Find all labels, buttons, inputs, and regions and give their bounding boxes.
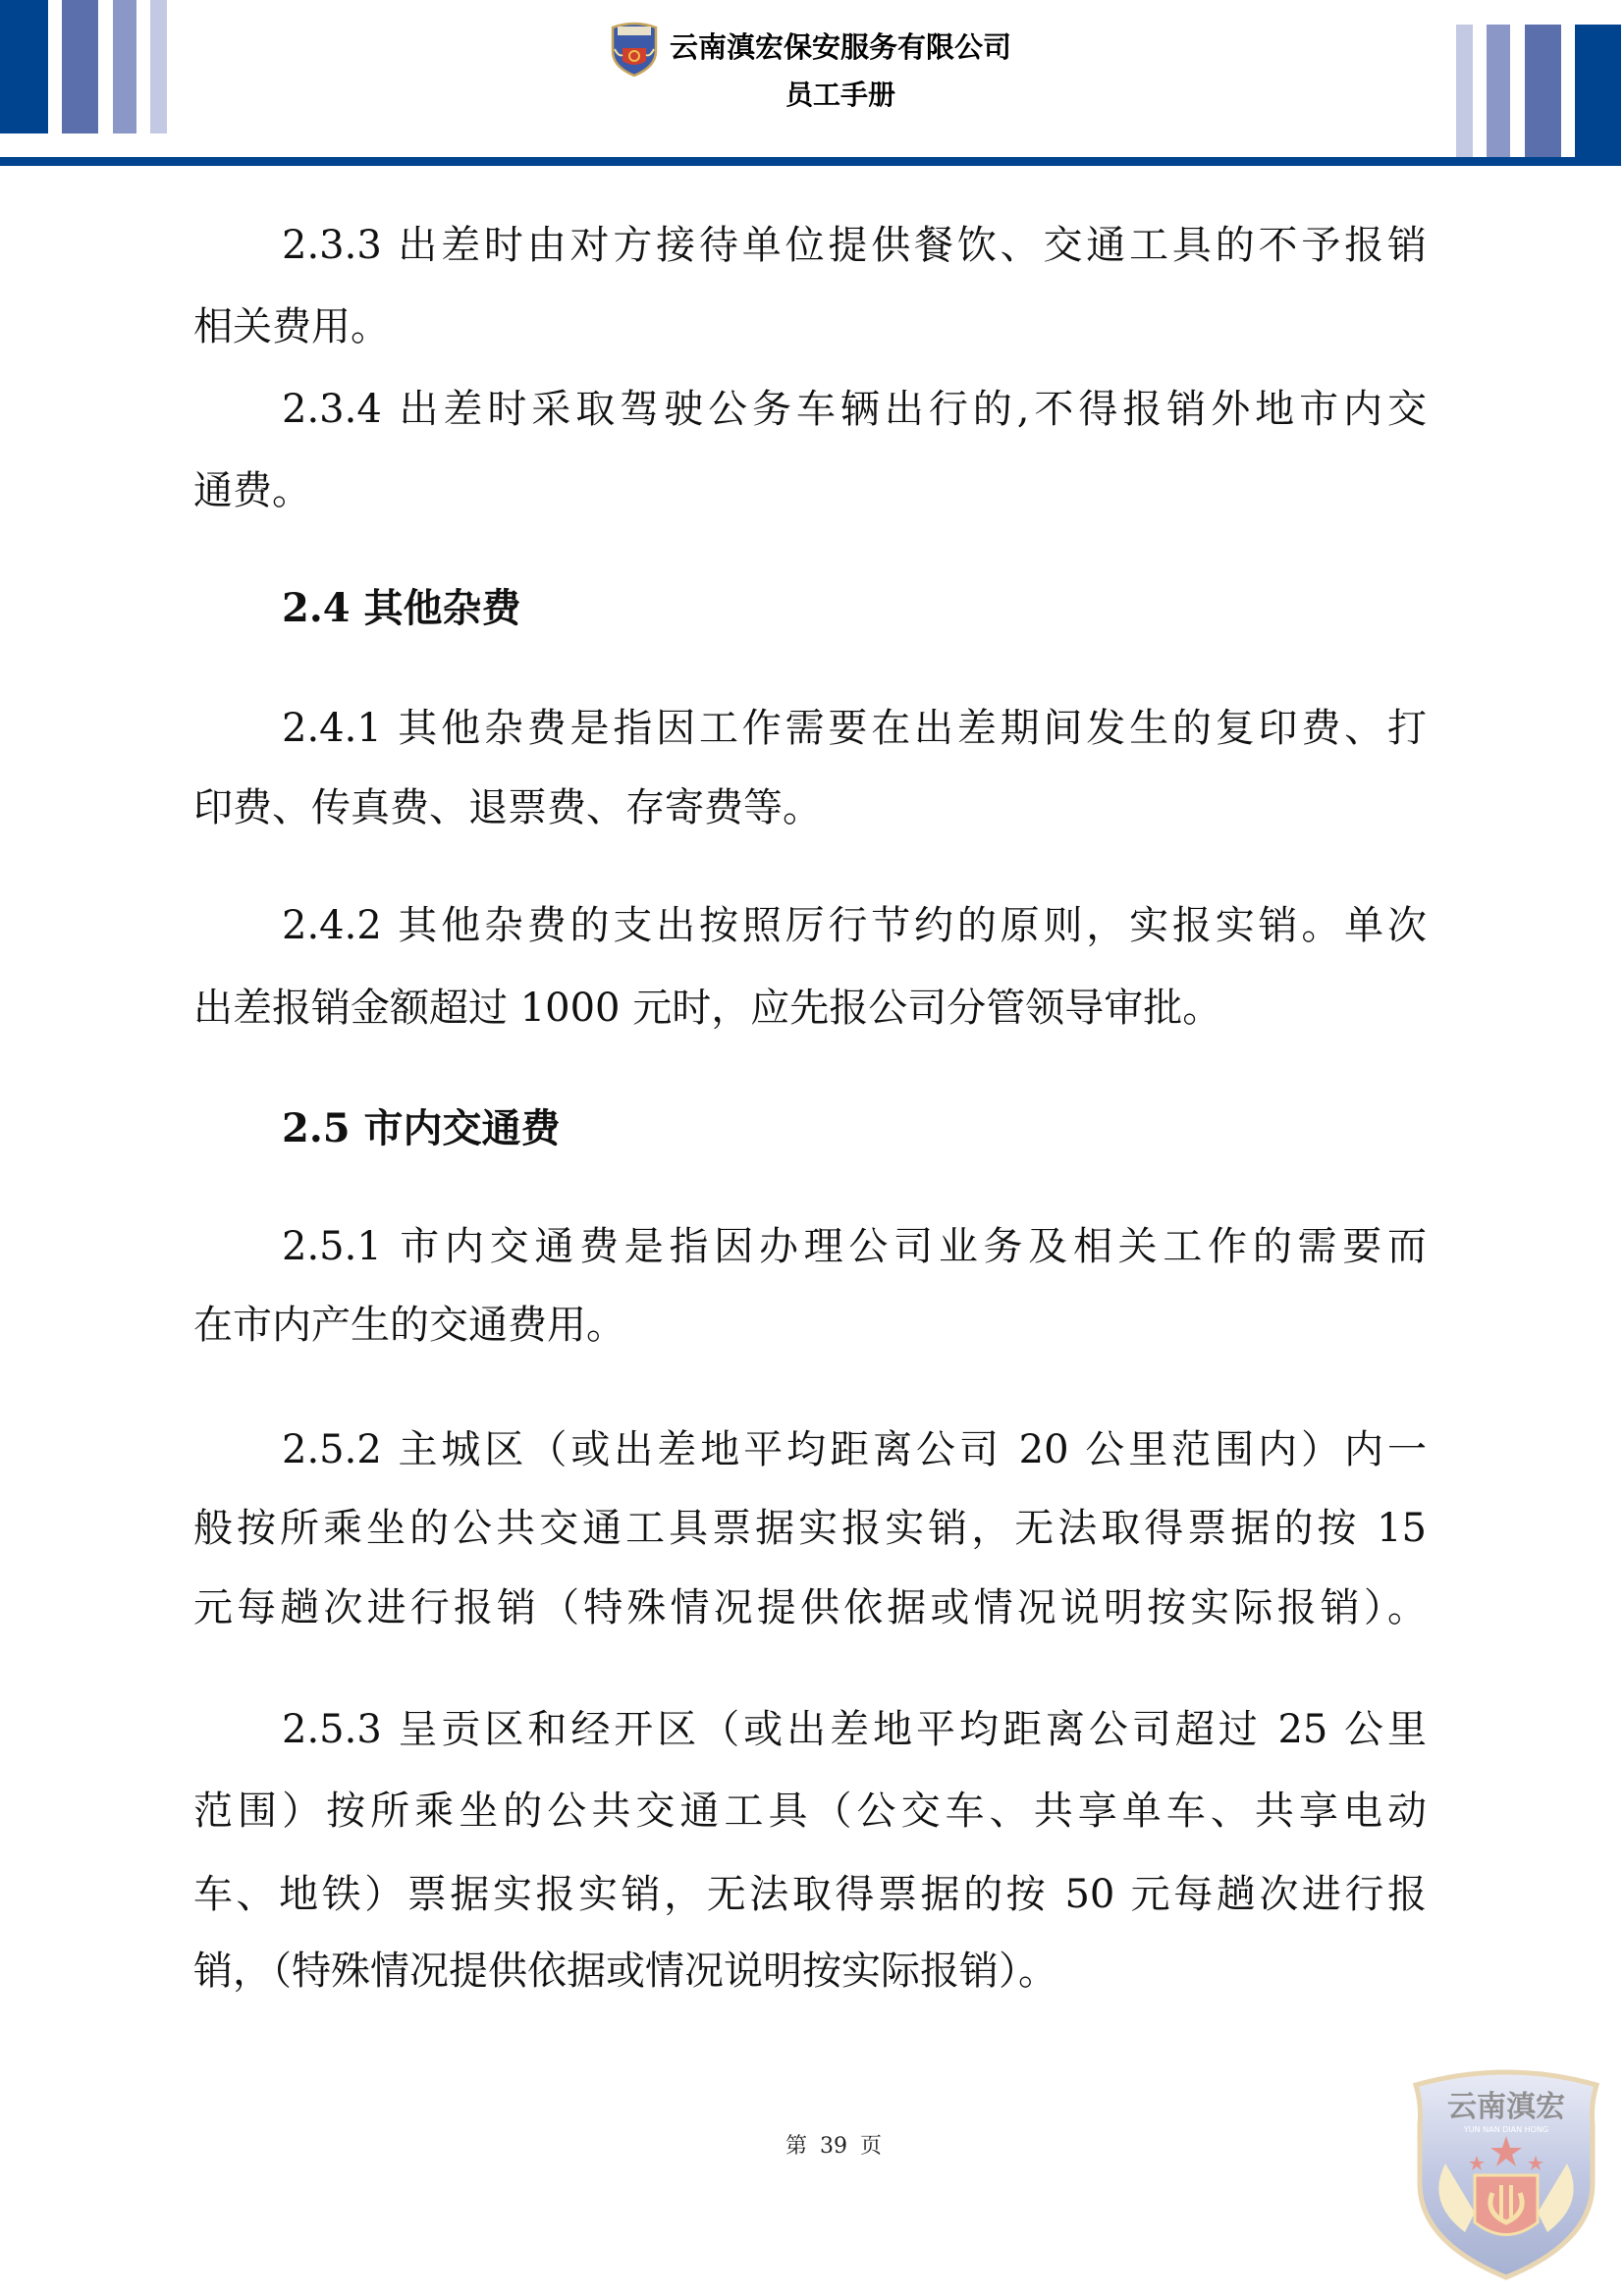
header-divider xyxy=(0,157,1621,166)
body-line: 出差报销金额超过 1000 元时，应先报公司分管领导审批。 xyxy=(193,979,1427,1038)
header-bar-left-1 xyxy=(0,0,48,133)
header-bar-right-3 xyxy=(1525,25,1561,158)
body-line: 2.4.2 其他杂费的支出按照厉行节约的原则，实报实销。单次 xyxy=(282,896,1427,955)
body-line: 2.5.2 主城区（或出差地平均距离公司 20 公里范围内）内一 xyxy=(282,1420,1427,1479)
section-heading: 2.4 其他杂费 xyxy=(282,579,1427,638)
body-line: 相关费用。 xyxy=(193,297,1427,356)
header-bar-left-4 xyxy=(150,0,167,133)
body-line: 2.3.4 出差时采取驾驶公务车辆出行的,不得报销外地市内交 xyxy=(282,380,1427,439)
company-name: 云南滇宏保安服务有限公司 xyxy=(670,27,1011,67)
page-number: 第 39 页 xyxy=(785,2132,882,2162)
header-bar-right-2 xyxy=(1487,25,1510,158)
body-line: 在市内产生的交通费用。 xyxy=(193,1296,1427,1355)
security-badge-watermark-icon: 云南滇宏 YUN NAN DIAN HONG xyxy=(1406,2065,1606,2281)
body-line: 印费、传真费、退票费、存寄费等。 xyxy=(193,778,1427,837)
header-bar-right-4 xyxy=(1575,25,1621,158)
body-line: 般按所乘坐的公共交通工具票据实报实销，无法取得票据的按 15 xyxy=(193,1499,1427,1558)
body-line: 范围）按所乘坐的公共交通工具（公交车、共享单车、共享电动 xyxy=(193,1782,1427,1841)
body-line: 元每趟次进行报销（特殊情况提供依据或情况说明按实际报销）。 xyxy=(193,1578,1427,1637)
header-bar-left-3 xyxy=(113,0,136,133)
document-title: 员工手册 xyxy=(785,77,895,114)
body-line: 车、地铁）票据实报实销，无法取得票据的按 50 元每趟次进行报 xyxy=(193,1865,1427,1924)
header-bar-left-2 xyxy=(62,0,98,133)
body-line: 2.5.3 呈贡区和经开区（或出差地平均距离公司超过 25 公里 xyxy=(282,1700,1427,1759)
svg-text:YUN NAN DIAN HONG: YUN NAN DIAN HONG xyxy=(1463,2125,1548,2134)
body-line: 2.5.1 市内交通费是指因办理公司业务及相关工作的需要而 xyxy=(282,1217,1427,1276)
header-bar-right-1 xyxy=(1456,25,1473,158)
body-line: 通费。 xyxy=(193,461,1427,520)
section-heading: 2.5 市内交通费 xyxy=(282,1099,1427,1158)
body-line: 2.3.3 出差时由对方接待单位提供餐饮、交通工具的不予报销 xyxy=(282,216,1427,275)
body-line: 销，（特殊情况提供依据或情况说明按实际报销）。 xyxy=(193,1942,1427,2001)
company-shield-logo-icon xyxy=(609,22,660,77)
body-line: 2.4.1 其他杂费是指因工作需要在出差期间发生的复印费、打 xyxy=(282,699,1427,758)
svg-text:云南滇宏: 云南滇宏 xyxy=(1447,2090,1565,2124)
